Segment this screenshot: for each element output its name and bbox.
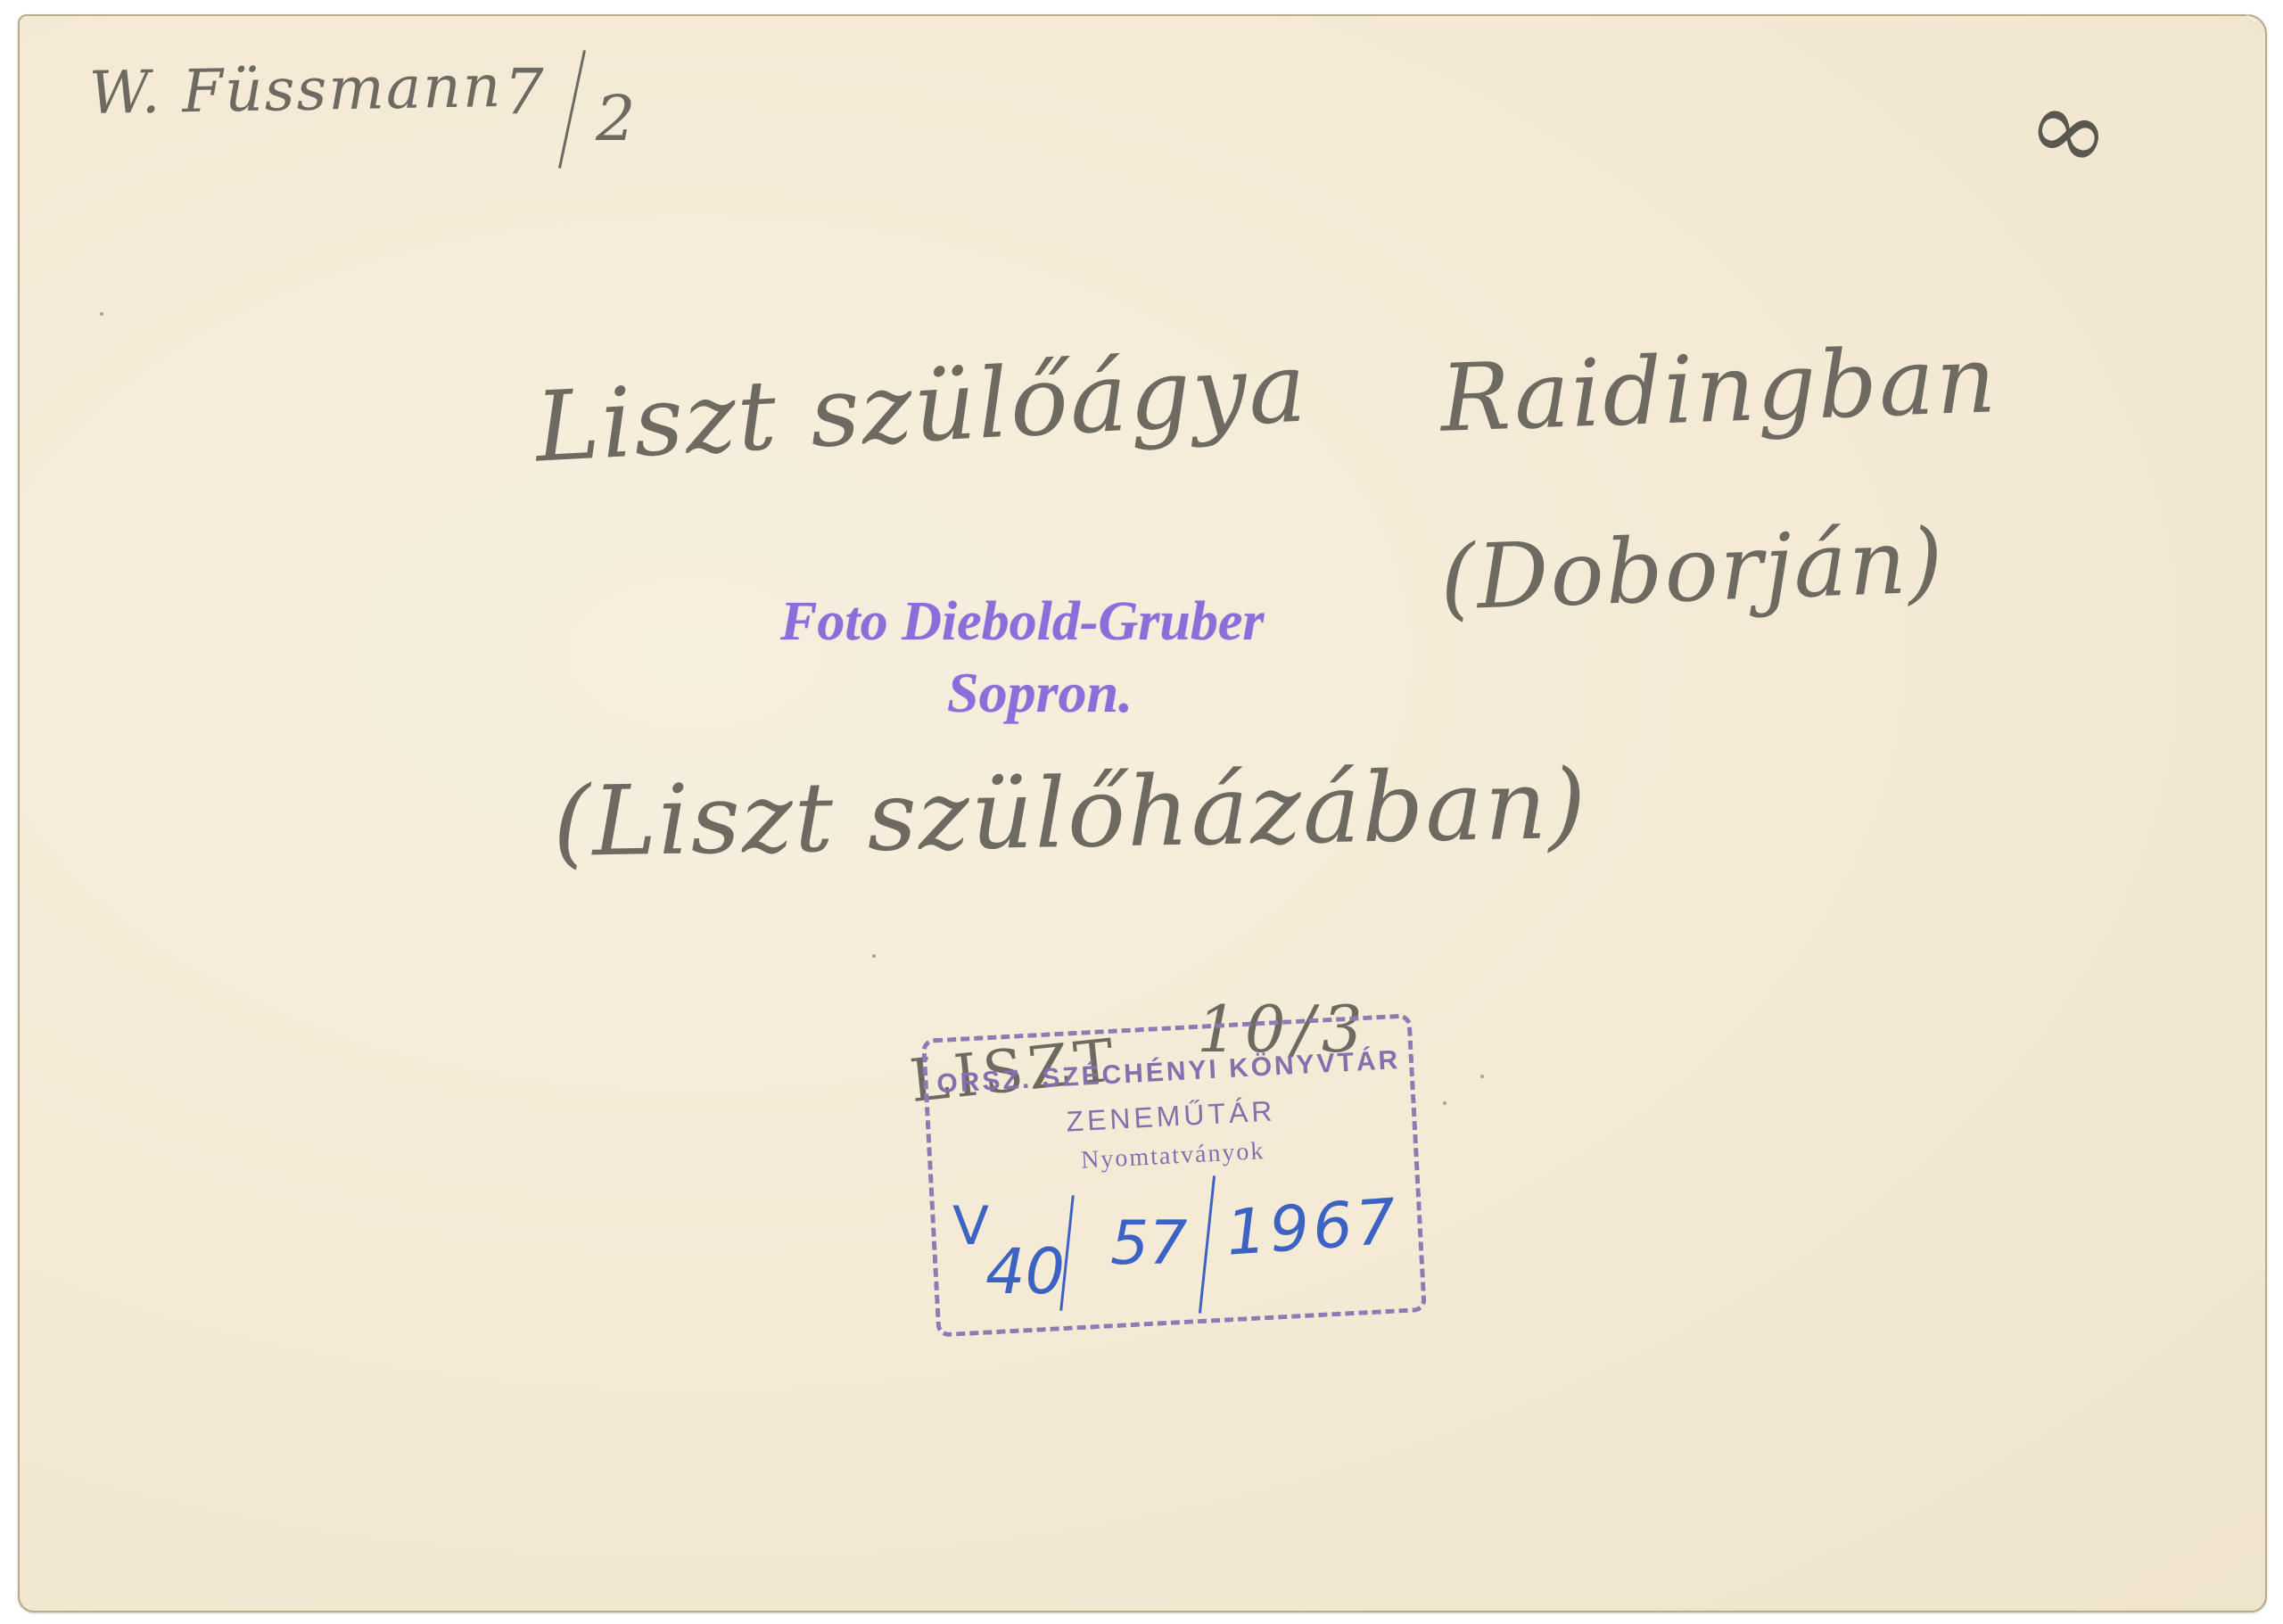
- shelfmark-field2: 57: [1110, 1208, 1188, 1279]
- caption-line3: (Liszt szülőházában): [552, 749, 1588, 878]
- studio-stamp-line1: Foto Diebold-Gruber: [780, 590, 1265, 654]
- photographer-note: W. Füssmann: [88, 52, 503, 128]
- caption-line1-right: Raidingban: [1438, 325, 1999, 453]
- paper-speck: [1443, 1101, 1446, 1105]
- studio-stamp-line2: Sopron.: [947, 660, 1133, 726]
- shelfmark-year: 1967: [1224, 1184, 1401, 1269]
- paper-speck: [100, 312, 103, 316]
- photographer-ref-den: 2: [596, 82, 638, 155]
- shelfmark-v: V: [952, 1195, 989, 1257]
- photographer-ref-num: 7: [504, 55, 546, 128]
- paper-speck: [1480, 1075, 1484, 1078]
- caption-line2: (Doborján): [1438, 508, 1946, 631]
- shelfmark-field1: 40: [985, 1235, 1065, 1308]
- paper-speck: [872, 954, 876, 958]
